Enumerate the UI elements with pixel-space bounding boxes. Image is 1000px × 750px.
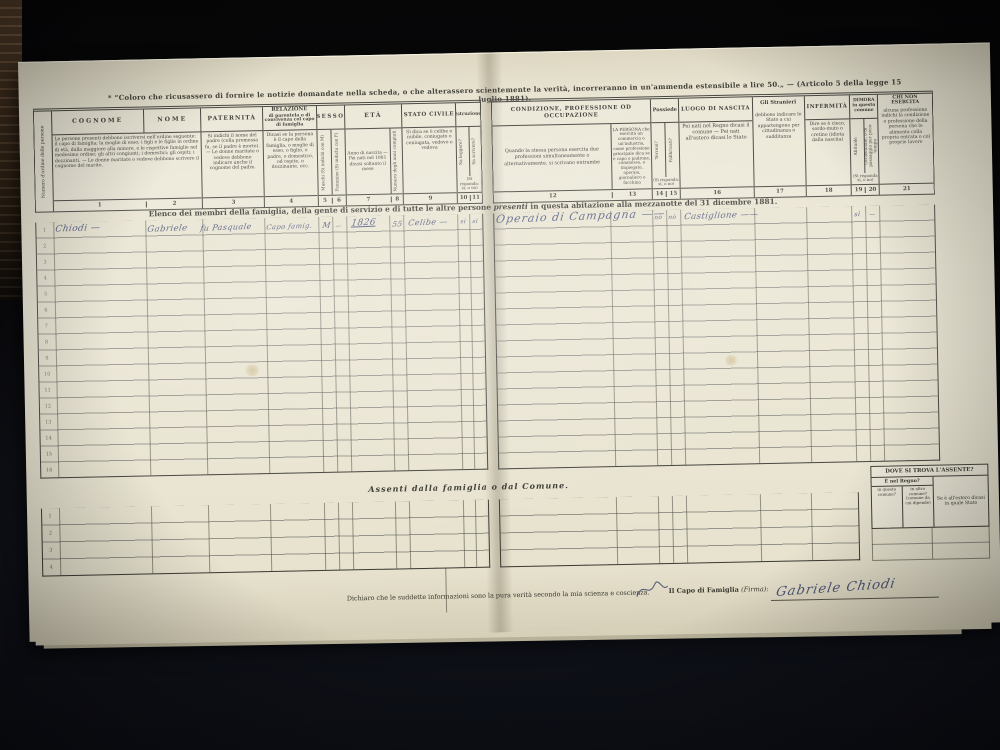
row-number: 1 xyxy=(35,222,53,238)
col-occasionale-label: Occasionale, o di passaggio per poco tem… xyxy=(864,119,879,173)
col-abituale-label: Abituale xyxy=(855,137,860,155)
row-number: 14 xyxy=(39,430,57,446)
col-paternita-title: PATERNITÀ xyxy=(201,107,262,132)
col-sa-leggere-label: Sa leggere? xyxy=(460,139,465,165)
col-femmine-label: Femmine (Si indichi con F) xyxy=(335,133,341,192)
entry-anni-compiuti: 55 xyxy=(392,219,404,228)
dove-si-trova-box: DOVE SI TROVA L'ASSENTE? È nel Regno? in… xyxy=(870,464,989,529)
col-num-19: 19 xyxy=(852,187,865,193)
col-num-1: 1 xyxy=(54,201,146,209)
col-num-11: 11 xyxy=(469,195,482,201)
row-number: 16 xyxy=(40,462,58,478)
col-condizione-quando: Quando la stessa persona esercita due pr… xyxy=(495,147,609,169)
col-possiede-title: Possiede xyxy=(651,99,678,124)
row-number: 12 xyxy=(39,398,57,414)
col-stranieri-title: Gli Stranieri xyxy=(753,96,804,111)
col-relazione-subtitle: di parentela o di convivenza col capo di… xyxy=(264,114,315,130)
row-number: 3 xyxy=(42,542,60,559)
col-luogo-title: LUOGO DI NASCITA xyxy=(679,97,752,122)
col-num-15: 15 xyxy=(666,191,680,197)
col-sa-scrivere-label: Sa scrivere? xyxy=(473,138,478,165)
col-num-5: 5 xyxy=(319,198,332,204)
col-istruzione-risponda: (Si risponda: sì, o no) xyxy=(457,176,481,192)
col-row-number-label: Numero d'ordine delle persone xyxy=(40,125,47,198)
col-num-16: 16 xyxy=(681,189,754,196)
firma-paren: (Firma): xyxy=(741,585,769,594)
col-num-12: 12 xyxy=(494,192,612,200)
census-sheet-wrap: * “Coloro che ricusassero di fornire le … xyxy=(18,42,1000,641)
col-dimora-title: DIMORA in questo comune xyxy=(850,95,877,120)
entry-sa-scrivere: sì xyxy=(472,219,478,225)
col-condizione-la-persona: LA PERSONA che esercita un commercio o u… xyxy=(612,127,650,186)
entry-dimora-abituale: sì xyxy=(854,210,861,218)
row-numbers-assenti: 1234 xyxy=(41,508,60,576)
pen-flourish xyxy=(634,578,669,605)
entry-terreni: nò xyxy=(654,215,663,221)
col-sesso-group: SESSO Maschi (Si indichi con M) Femmine … xyxy=(317,105,347,206)
rows-left xyxy=(35,214,488,479)
col-stato-desc: Si dica se è celibe o nubile, coniugato … xyxy=(403,127,457,193)
col-infermita-title: INFERMITÀ xyxy=(804,95,849,120)
photo-backdrop: * “Coloro che ricusassero di fornire le … xyxy=(0,0,1000,750)
row-number: 4 xyxy=(36,270,54,286)
entry-stato-civile: Celibe — xyxy=(408,217,449,228)
col-num-6: 6 xyxy=(331,197,345,203)
col-cognome-nome-group: COGNOME NOME Le persone presenti debbono… xyxy=(52,108,203,211)
col-istruzione-group: Istruzione Sa leggere? Sa scrivere? (Si … xyxy=(456,103,482,203)
table-header-right: CONDIZIONE, PROFESSIONE OD OCCUPAZIONE Q… xyxy=(491,91,935,204)
col-maschi-label: Maschi (Si indichi con M) xyxy=(321,134,327,190)
col-stranieri: Gli Stranieri debbono indicare lo Stato … xyxy=(753,96,807,197)
col-num-13: 13 xyxy=(612,191,652,198)
assenti-rows-right xyxy=(499,492,860,567)
row-number: 2 xyxy=(36,238,54,254)
entry-anno-nascita: 1826 xyxy=(351,218,377,229)
dove-box-rows xyxy=(872,527,991,561)
rows-right xyxy=(493,205,940,470)
col-num-2: 2 xyxy=(146,200,202,207)
col-terreni-label: Terreni? xyxy=(656,141,661,159)
col-luogo-desc: Pei nati nel Regno dicasi il comune — Pe… xyxy=(679,121,753,187)
col-luogo-nascita: LUOGO DI NASCITA Pei nati nel Regno dica… xyxy=(679,97,755,198)
col-num-9: 9 xyxy=(404,195,457,202)
col-anni-compiuti-label: Numero degli anni compiuti xyxy=(394,130,400,191)
col-sesso-title: SESSO xyxy=(317,105,344,130)
col-num-20: 20 xyxy=(865,187,879,193)
entry-nome: Gabriele xyxy=(147,223,189,235)
col-num-14: 14 xyxy=(653,191,666,197)
row-number: 7 xyxy=(37,318,55,334)
entry-femmine: — xyxy=(335,222,342,229)
col-num-8: 8 xyxy=(390,196,403,202)
col-row-number: Numero d'ordine delle persone xyxy=(34,111,54,211)
col-dimora-risponda: (Si risponda sì, o no) xyxy=(852,173,879,185)
col-stranieri-desc: debbono indicare lo Stato a cui apparten… xyxy=(753,110,805,186)
census-sheet: * “Coloro che ricusassero di fornire le … xyxy=(18,42,1000,641)
col-dimora-group: DIMORA in questo comune Abituale Occasio… xyxy=(850,95,880,196)
col-cognome-title: COGNOME xyxy=(52,110,143,135)
col-chi-non-desc: alcuna professione indichi la condizione… xyxy=(878,106,933,184)
col-num-3: 3 xyxy=(203,199,264,206)
col-num-17: 17 xyxy=(755,188,806,195)
col-fabbricati-label: Fabbricati? xyxy=(670,137,675,162)
firma-label-text: Il Capo di Famiglia xyxy=(669,586,742,595)
row-number: 9 xyxy=(38,350,56,366)
col-infermita-desc: Dire se è cieco, sordo-muto o cretino (i… xyxy=(805,119,851,185)
entry-sa-leggere: sì xyxy=(460,219,466,225)
col-chi-non-title: CHI NON ESERCITA xyxy=(878,94,932,107)
entry-fabbricati: nò xyxy=(668,215,677,221)
col-possiede-group: Possiede Terreni? Fabbricati? (Si rispon… xyxy=(651,99,681,200)
column-rule xyxy=(445,569,447,613)
col-cognome-nome-desc: Le persone presenti debbono iscriversi n… xyxy=(52,132,202,200)
dove-estero: Se è all'estero dicasi in quale Stato xyxy=(934,476,989,527)
col-relazione: RELAZIONE di parentela o di convivenza c… xyxy=(263,106,319,207)
entry-dimora-occasionale: — xyxy=(869,211,876,218)
assenti-rows-left xyxy=(41,500,490,577)
row-number: 1 xyxy=(41,508,59,525)
col-stato-civile: STATO CIVILE Si dica se è celibe o nubil… xyxy=(402,103,458,204)
col-num-21: 21 xyxy=(880,186,934,193)
row-number: 8 xyxy=(37,334,55,350)
row-number: 5 xyxy=(37,286,55,302)
row-number: 2 xyxy=(41,525,59,542)
firma-label: Il Capo di Famiglia (Firma): xyxy=(669,585,769,595)
col-condizione-group: CONDIZIONE, PROFESSIONE OD OCCUPAZIONE Q… xyxy=(492,99,653,202)
row-number: 3 xyxy=(36,254,54,270)
col-chi-non-esercita: CHI NON ESERCITA alcuna professione indi… xyxy=(878,94,934,195)
col-istruzione-title: Istruzione xyxy=(456,103,480,127)
col-eta-title: ETÀ xyxy=(345,104,402,129)
row-number: 6 xyxy=(37,302,55,318)
col-relazione-desc: Dicasi se la persona è il capo della fam… xyxy=(263,130,317,196)
row-number: 13 xyxy=(39,414,57,430)
row-number: 11 xyxy=(38,382,56,398)
elenco-title-em: presenti xyxy=(493,202,527,212)
col-num-18: 18 xyxy=(806,187,851,194)
table-header-left: Numero d'ordine delle persone COGNOME NO… xyxy=(33,100,483,213)
col-anno-nascita-label: Anno di nascita — Pei nati nel 1881 dica… xyxy=(345,151,389,173)
col-num-10: 10 xyxy=(458,195,470,201)
entry-maschi: M xyxy=(322,221,332,230)
col-num-4: 4 xyxy=(265,198,318,205)
col-paternita: PATERNITÀ Si indichi il nome del padre (… xyxy=(201,107,265,208)
col-possiede-risponda: (Si risponda: sì, o no) xyxy=(653,177,680,189)
row-number: 10 xyxy=(38,366,56,382)
col-paternita-desc: Si indichi il nome del padre (colla prem… xyxy=(202,131,264,197)
col-stato-title: STATO CIVILE xyxy=(402,103,455,128)
row-number: 4 xyxy=(42,559,60,576)
col-eta-group: ETÀ Anno di nascita — Pei nati nel 1881 … xyxy=(345,104,405,205)
signature: Gabriele Chiodi xyxy=(775,576,897,600)
col-condizione-title: CONDIZIONE, PROFESSIONE OD OCCUPAZIONE xyxy=(492,99,651,126)
wood-surface xyxy=(0,0,22,300)
col-infermita: INFERMITÀ Dire se è cieco, sordo-muto o … xyxy=(804,95,852,196)
dove-altro-comune: in altro comune? (comune da cui dipende) xyxy=(902,486,934,528)
col-nome-title: NOME xyxy=(143,108,201,132)
row-number: 15 xyxy=(40,446,58,462)
dove-questo-comune: in questo comune? xyxy=(872,486,903,528)
col-num-7: 7 xyxy=(346,197,390,204)
entry-cognome: Chiodi — xyxy=(55,223,101,235)
